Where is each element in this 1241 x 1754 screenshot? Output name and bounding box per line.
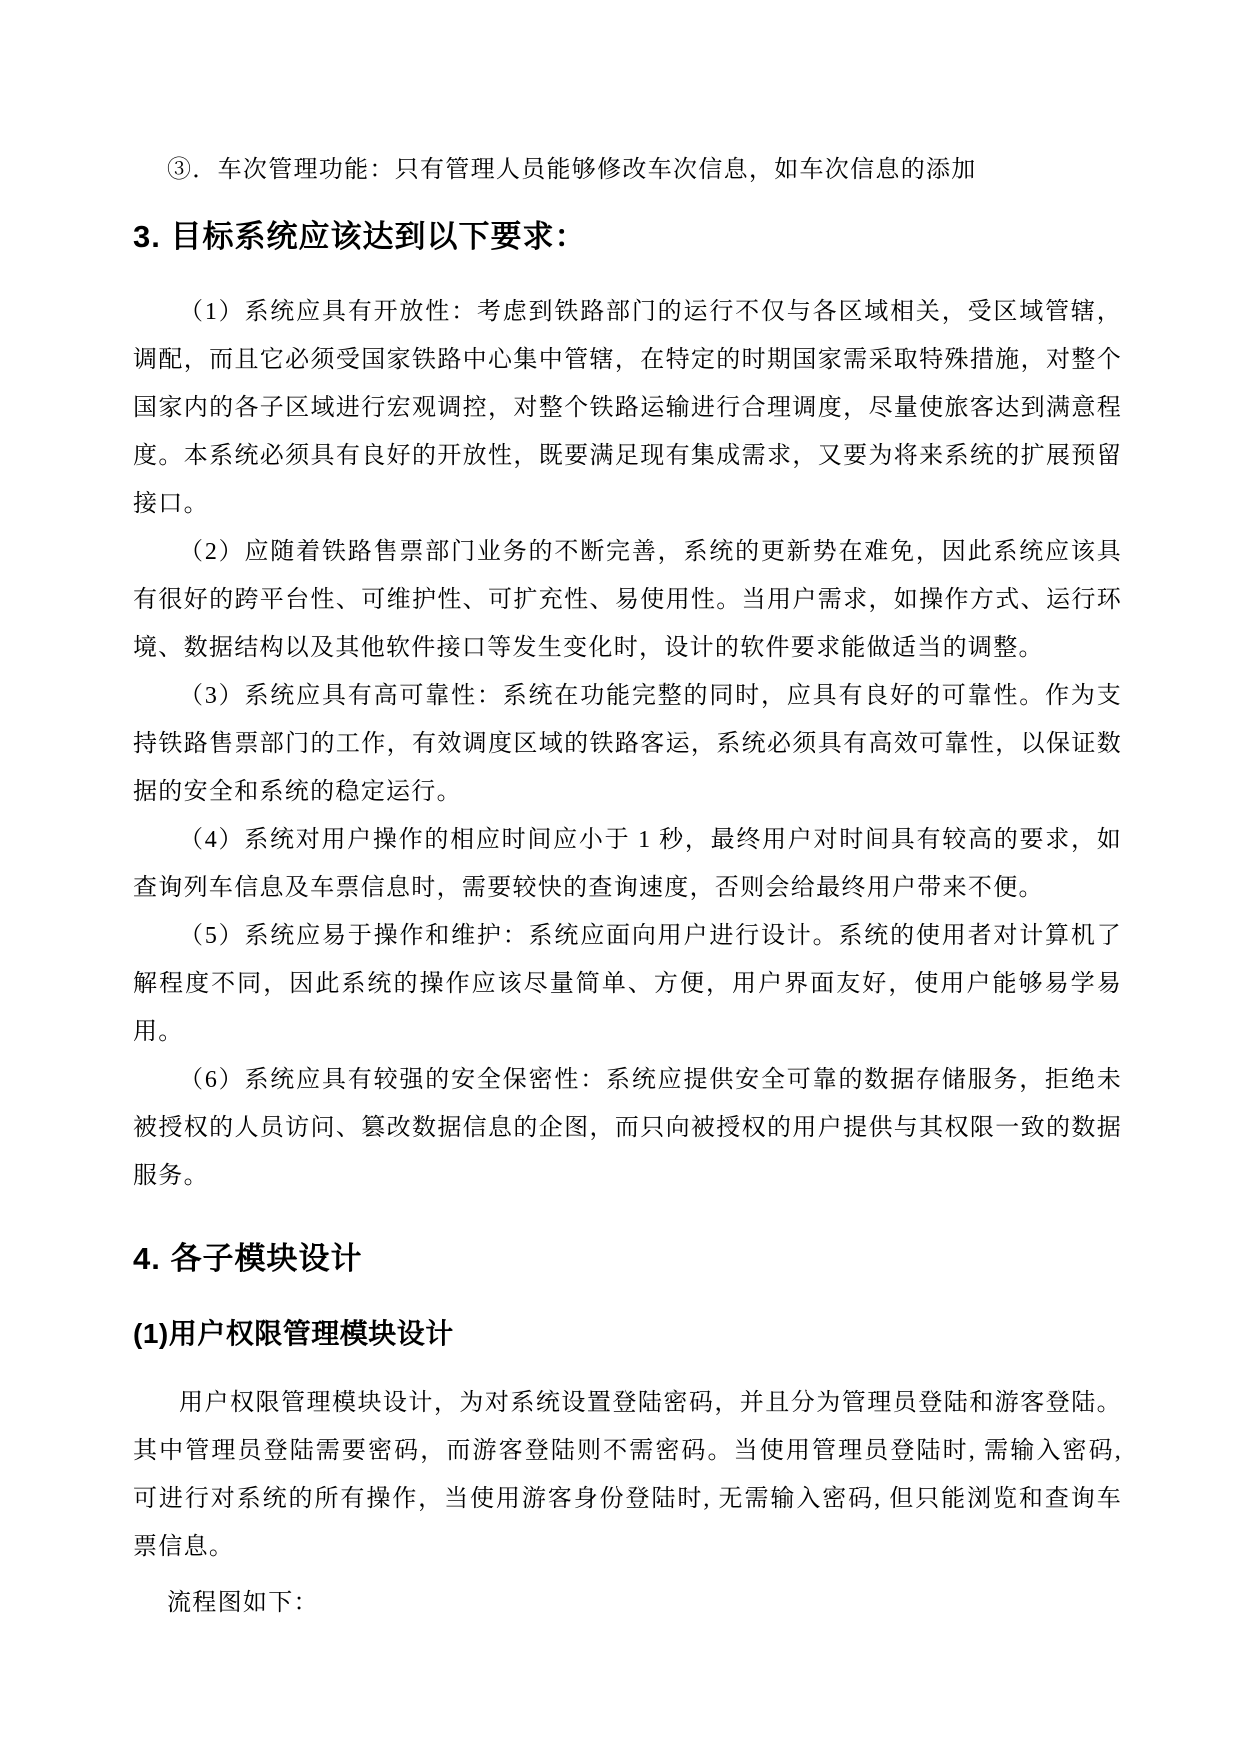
requirement-paragraph-5: （5）系统应易于操作和维护：系统应面向用户进行设计。系统的使用者对计算机了解程度… <box>133 912 1122 1056</box>
subsection-heading-user-permission-module: (1)用户权限管理模块设计 <box>133 1316 1122 1352</box>
section-heading-3: 3. 目标系统应该达到以下要求： <box>133 217 1122 257</box>
requirement-paragraph-2: （2）应随着铁路售票部门业务的不断完善，系统的更新势在难免，因此系统应该具有很好… <box>133 528 1122 672</box>
requirement-paragraph-4: （4）系统对用户操作的相应时间应小于 1 秒，最终用户对时间具有较高的要求，如查… <box>133 816 1122 912</box>
section-3-body: （1）系统应具有开放性：考虑到铁路部门的运行不仅与各区域相关，受区域管辖，调配，… <box>133 288 1122 1200</box>
list-item-train-management: ③．车次管理功能：只有管理人员能够修改车次信息，如车次信息的添加 <box>133 146 1122 194</box>
module-design-paragraph: 用户权限管理模块设计，为对系统设置登陆密码，并且分为管理员登陆和游客登陆。其中管… <box>133 1379 1122 1571</box>
requirement-paragraph-3: （3）系统应具有高可靠性：系统在功能完整的同时，应具有良好的可靠性。作为支持铁路… <box>133 672 1122 816</box>
requirement-paragraph-6: （6）系统应具有较强的安全保密性：系统应提供安全可靠的数据存储服务，拒绝未被授权… <box>133 1056 1122 1200</box>
requirement-paragraph-1: （1）系统应具有开放性：考虑到铁路部门的运行不仅与各区域相关，受区域管辖，调配，… <box>133 288 1122 528</box>
document-page: ③．车次管理功能：只有管理人员能够修改车次信息，如车次信息的添加 3. 目标系统… <box>0 0 1241 1754</box>
section-heading-4: 4. 各子模块设计 <box>133 1239 1122 1279</box>
flowchart-note: 流程图如下： <box>133 1579 1122 1627</box>
